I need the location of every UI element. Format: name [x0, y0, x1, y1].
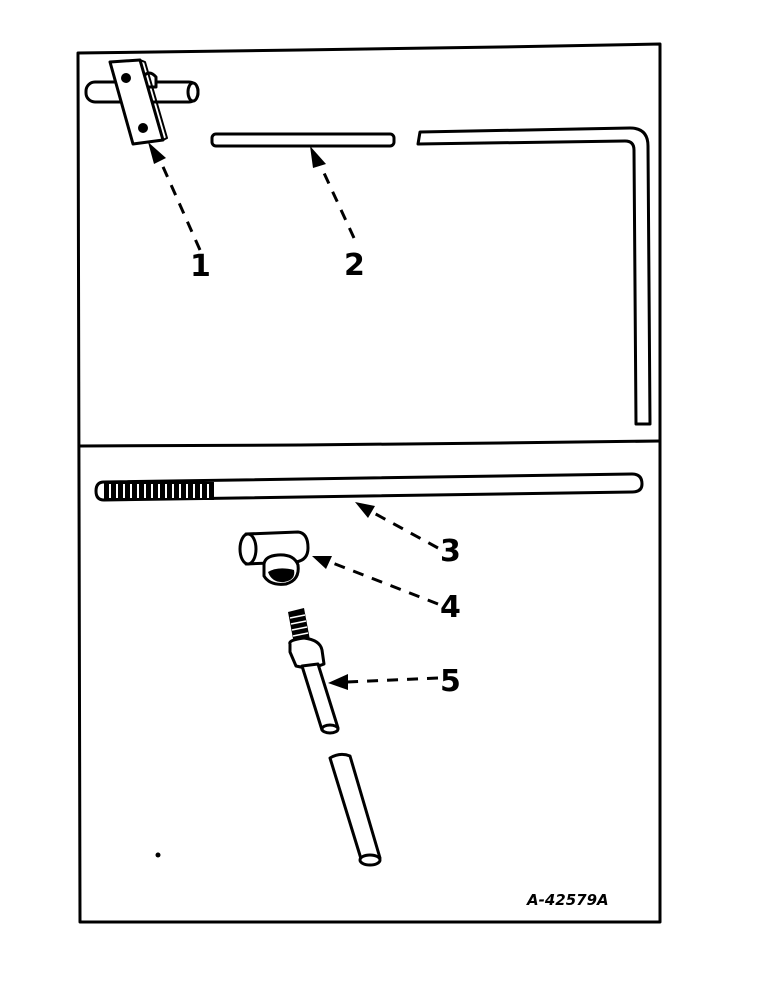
loose-tube [330, 754, 380, 865]
callout-1-label: 1 [190, 249, 211, 284]
callout-1: 1 [148, 142, 211, 284]
catalog-number: A-42579A [526, 891, 609, 909]
part-4-tee-fitting [240, 532, 308, 584]
part-2-rod [212, 128, 650, 424]
callout-3-label: 3 [440, 534, 461, 569]
callout-2: 2 [310, 146, 365, 283]
callout-5-label: 5 [440, 664, 461, 699]
callout-4-label: 4 [440, 590, 461, 625]
callout-3: 3 [355, 502, 461, 569]
callout-5: 5 [328, 664, 461, 699]
callout-4: 4 [312, 556, 461, 625]
part-5-connector [288, 608, 338, 733]
parts-diagram: 1 2 3 [0, 0, 772, 1000]
stray-mark [156, 853, 161, 858]
part-3-threaded-rod [96, 474, 642, 500]
part-1-bracket [86, 60, 198, 144]
callout-2-label: 2 [344, 248, 365, 283]
